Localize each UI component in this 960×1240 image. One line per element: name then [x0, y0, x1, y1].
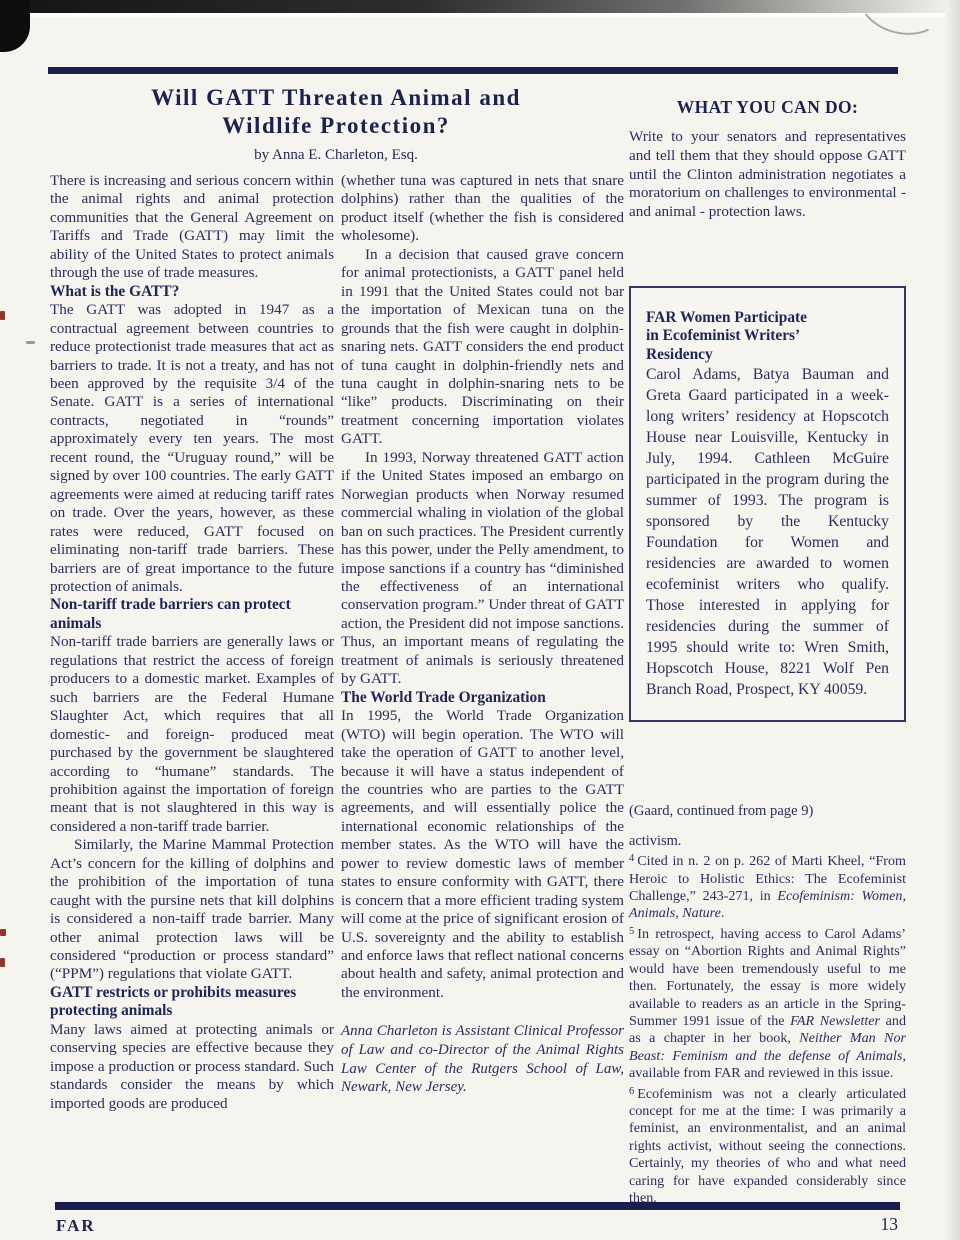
call-to-action-body: Write to your senators and representativ…	[629, 128, 906, 222]
scanner-edge-artifact	[0, 0, 945, 13]
footnote-6: 6Ecofeminism was not a clearly articulat…	[629, 1083, 906, 1208]
section-heading: What is the GATT?	[50, 283, 334, 301]
left-edge-mark	[26, 341, 35, 344]
footer-rule	[55, 1202, 900, 1210]
paragraph: The GATT was adopted in 1947 as a contra…	[50, 301, 334, 596]
footnote-4: 4Cited in n. 2 on p. 262 of Marti Kheel,…	[629, 850, 906, 923]
paragraph: In a decision that caused grave concern …	[341, 246, 624, 449]
paragraph: In 1995, the World Trade Organization (W…	[341, 707, 624, 1002]
footer-brand: FAR	[56, 1216, 96, 1236]
scanned-newsletter-page: Will GATT Threaten Animal andWildlife Pr…	[0, 0, 960, 1240]
footnote-5: 5In retrospect, having access to Carol A…	[629, 923, 906, 1083]
article-title-line2: Wildlife Protection?	[222, 113, 450, 138]
paragraph: Similarly, the Marine Mammal Protection …	[50, 836, 334, 984]
footnote-number: 4	[629, 853, 634, 864]
author-bio: Anna Charleton is Assistant Clinical Pro…	[341, 1022, 624, 1096]
gaard-continuation: (Gaard, continued from page 9) activism.…	[629, 802, 906, 1207]
left-edge-mark	[0, 311, 5, 320]
paragraph: Non-tariff trade barriers are generally …	[50, 633, 334, 836]
paragraph: Many laws aimed at protecting animals or…	[50, 1021, 334, 1113]
continuation-text: activism.	[629, 832, 906, 850]
article-title: Will GATT Threaten Animal andWildlife Pr…	[50, 84, 622, 140]
page-curl-artifact	[852, 0, 953, 44]
footnote-text-italic: FAR Newsletter	[790, 1013, 880, 1029]
sidebar-column: WHAT YOU CAN DO: Write to your senators …	[629, 97, 906, 1207]
article-column-2: (whether tuna was captured in nets that …	[341, 172, 624, 1097]
footnote-text: .	[721, 905, 725, 921]
far-box-title-line1: FAR Women Participate	[646, 309, 807, 326]
continued-from-note: (Gaard, continued from page 9)	[629, 802, 906, 820]
left-edge-mark	[0, 958, 5, 967]
footer-page-number: 13	[881, 1214, 899, 1235]
article-byline: by Anna E. Charleton, Esq.	[50, 147, 622, 164]
footnote-text: Ecofeminism was not a clearly articulate…	[629, 1086, 906, 1206]
paragraph: (whether tuna was captured in nets that …	[341, 172, 624, 246]
article-column-1: There is increasing and serious concern …	[50, 172, 334, 1113]
scanner-corner-artifact	[0, 0, 30, 52]
call-to-action-heading: WHAT YOU CAN DO:	[629, 97, 906, 117]
far-box-title-line3: Residency	[646, 346, 713, 363]
far-residency-box: FAR Women Participatein Ecofeminist Writ…	[629, 286, 906, 722]
section-heading: Non-tariff trade barriers can protect an…	[50, 596, 334, 633]
far-box-title-line2: in Ecofeminist Writers’	[646, 327, 800, 344]
right-edge-shadow	[944, 0, 960, 1240]
paragraph: In 1993, Norway threatened GATT action i…	[341, 449, 624, 689]
far-box-title: FAR Women Participatein Ecofeminist Writ…	[646, 309, 889, 364]
left-edge-mark	[0, 929, 6, 936]
footnote-number: 6	[629, 1086, 634, 1097]
far-box-body: Carol Adams, Batya Bauman and Greta Gaar…	[646, 364, 889, 700]
article-header: Will GATT Threaten Animal andWildlife Pr…	[50, 84, 622, 164]
footnote-number: 5	[629, 926, 634, 937]
section-heading: GATT restricts or prohibits measures pro…	[50, 984, 334, 1021]
section-heading: The World Trade Organization	[341, 689, 624, 707]
paragraph: There is increasing and serious concern …	[50, 172, 334, 283]
article-title-line1: Will GATT Threaten Animal and	[151, 85, 521, 110]
scanner-edge-highlight	[0, 13, 945, 17]
header-rule	[48, 67, 898, 74]
